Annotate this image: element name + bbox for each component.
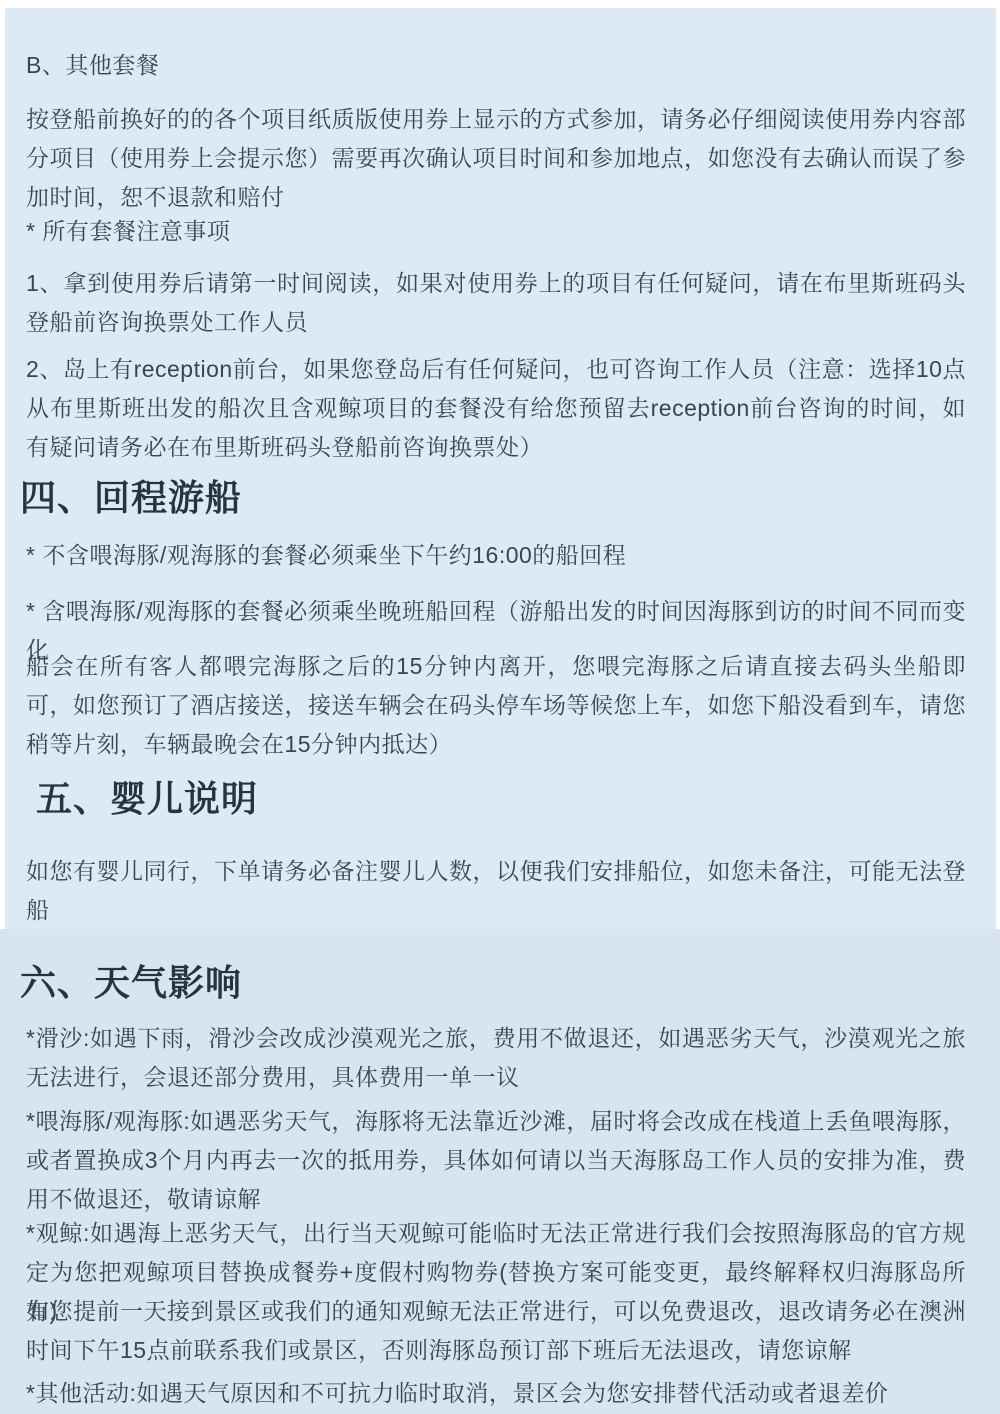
section-6-paragraph-other-activities: *其他活动:如遇天气原因和不可抗力临时取消，景区会为您安排替代活动或者退差价: [26, 1374, 966, 1413]
section-5-paragraph-1: 如您有婴儿同行，下单请务必备注婴儿人数，以便我们安排船位，如您未备注，可能无法登…: [26, 852, 966, 930]
section-6-heading: 六、天气影响: [20, 959, 960, 1007]
section-b-intro-paragraph: 按登船前换好的的各个项目纸质版使用券上显示的方式参加，请务必仔细阅读使用券内容部…: [26, 100, 966, 217]
section-5-heading: 五、婴儿说明: [36, 775, 976, 823]
all-packages-notes-title: * 所有套餐注意事项: [26, 212, 966, 251]
section-4-heading: 四、回程游船: [20, 474, 960, 522]
note-item-1: 1、拿到使用券后请第一时间阅读，如果对使用券上的项目有任何疑问，请在布里斯班码头…: [26, 264, 966, 342]
section-6-paragraph-dolphin: *喂海豚/观海豚:如遇恶劣天气，海豚将无法靠近沙滩，届时将会改成在栈道上丢鱼喂海…: [26, 1102, 966, 1219]
section-6-paragraph-refund-policy: 如您提前一天接到景区或我们的通知观鲸无法正常进行，可以免费退改，退改请务必在澳洲…: [26, 1292, 966, 1370]
section-4-paragraph-1: * 不含喂海豚/观海豚的套餐必须乘坐下午约16:00的船回程: [26, 536, 966, 575]
section-4-paragraph-3: 船会在所有客人都喂完海豚之后的15分钟内离开，您喂完海豚之后请直接去码头坐船即可…: [26, 647, 966, 764]
note-item-2: 2、岛上有reception前台，如果您登岛后有任何疑问，也可咨询工作人员（注意…: [26, 350, 966, 467]
section-6-paragraph-sandboarding: *滑沙:如遇下雨，滑沙会改成沙漠观光之旅，费用不做退还，如遇恶劣天气，沙漠观光之…: [26, 1019, 966, 1097]
notice-page: B、其他套餐 按登船前换好的的各个项目纸质版使用券上显示的方式参加，请务必仔细阅…: [0, 0, 1000, 1414]
section-b-title: B、其他套餐: [26, 46, 966, 85]
